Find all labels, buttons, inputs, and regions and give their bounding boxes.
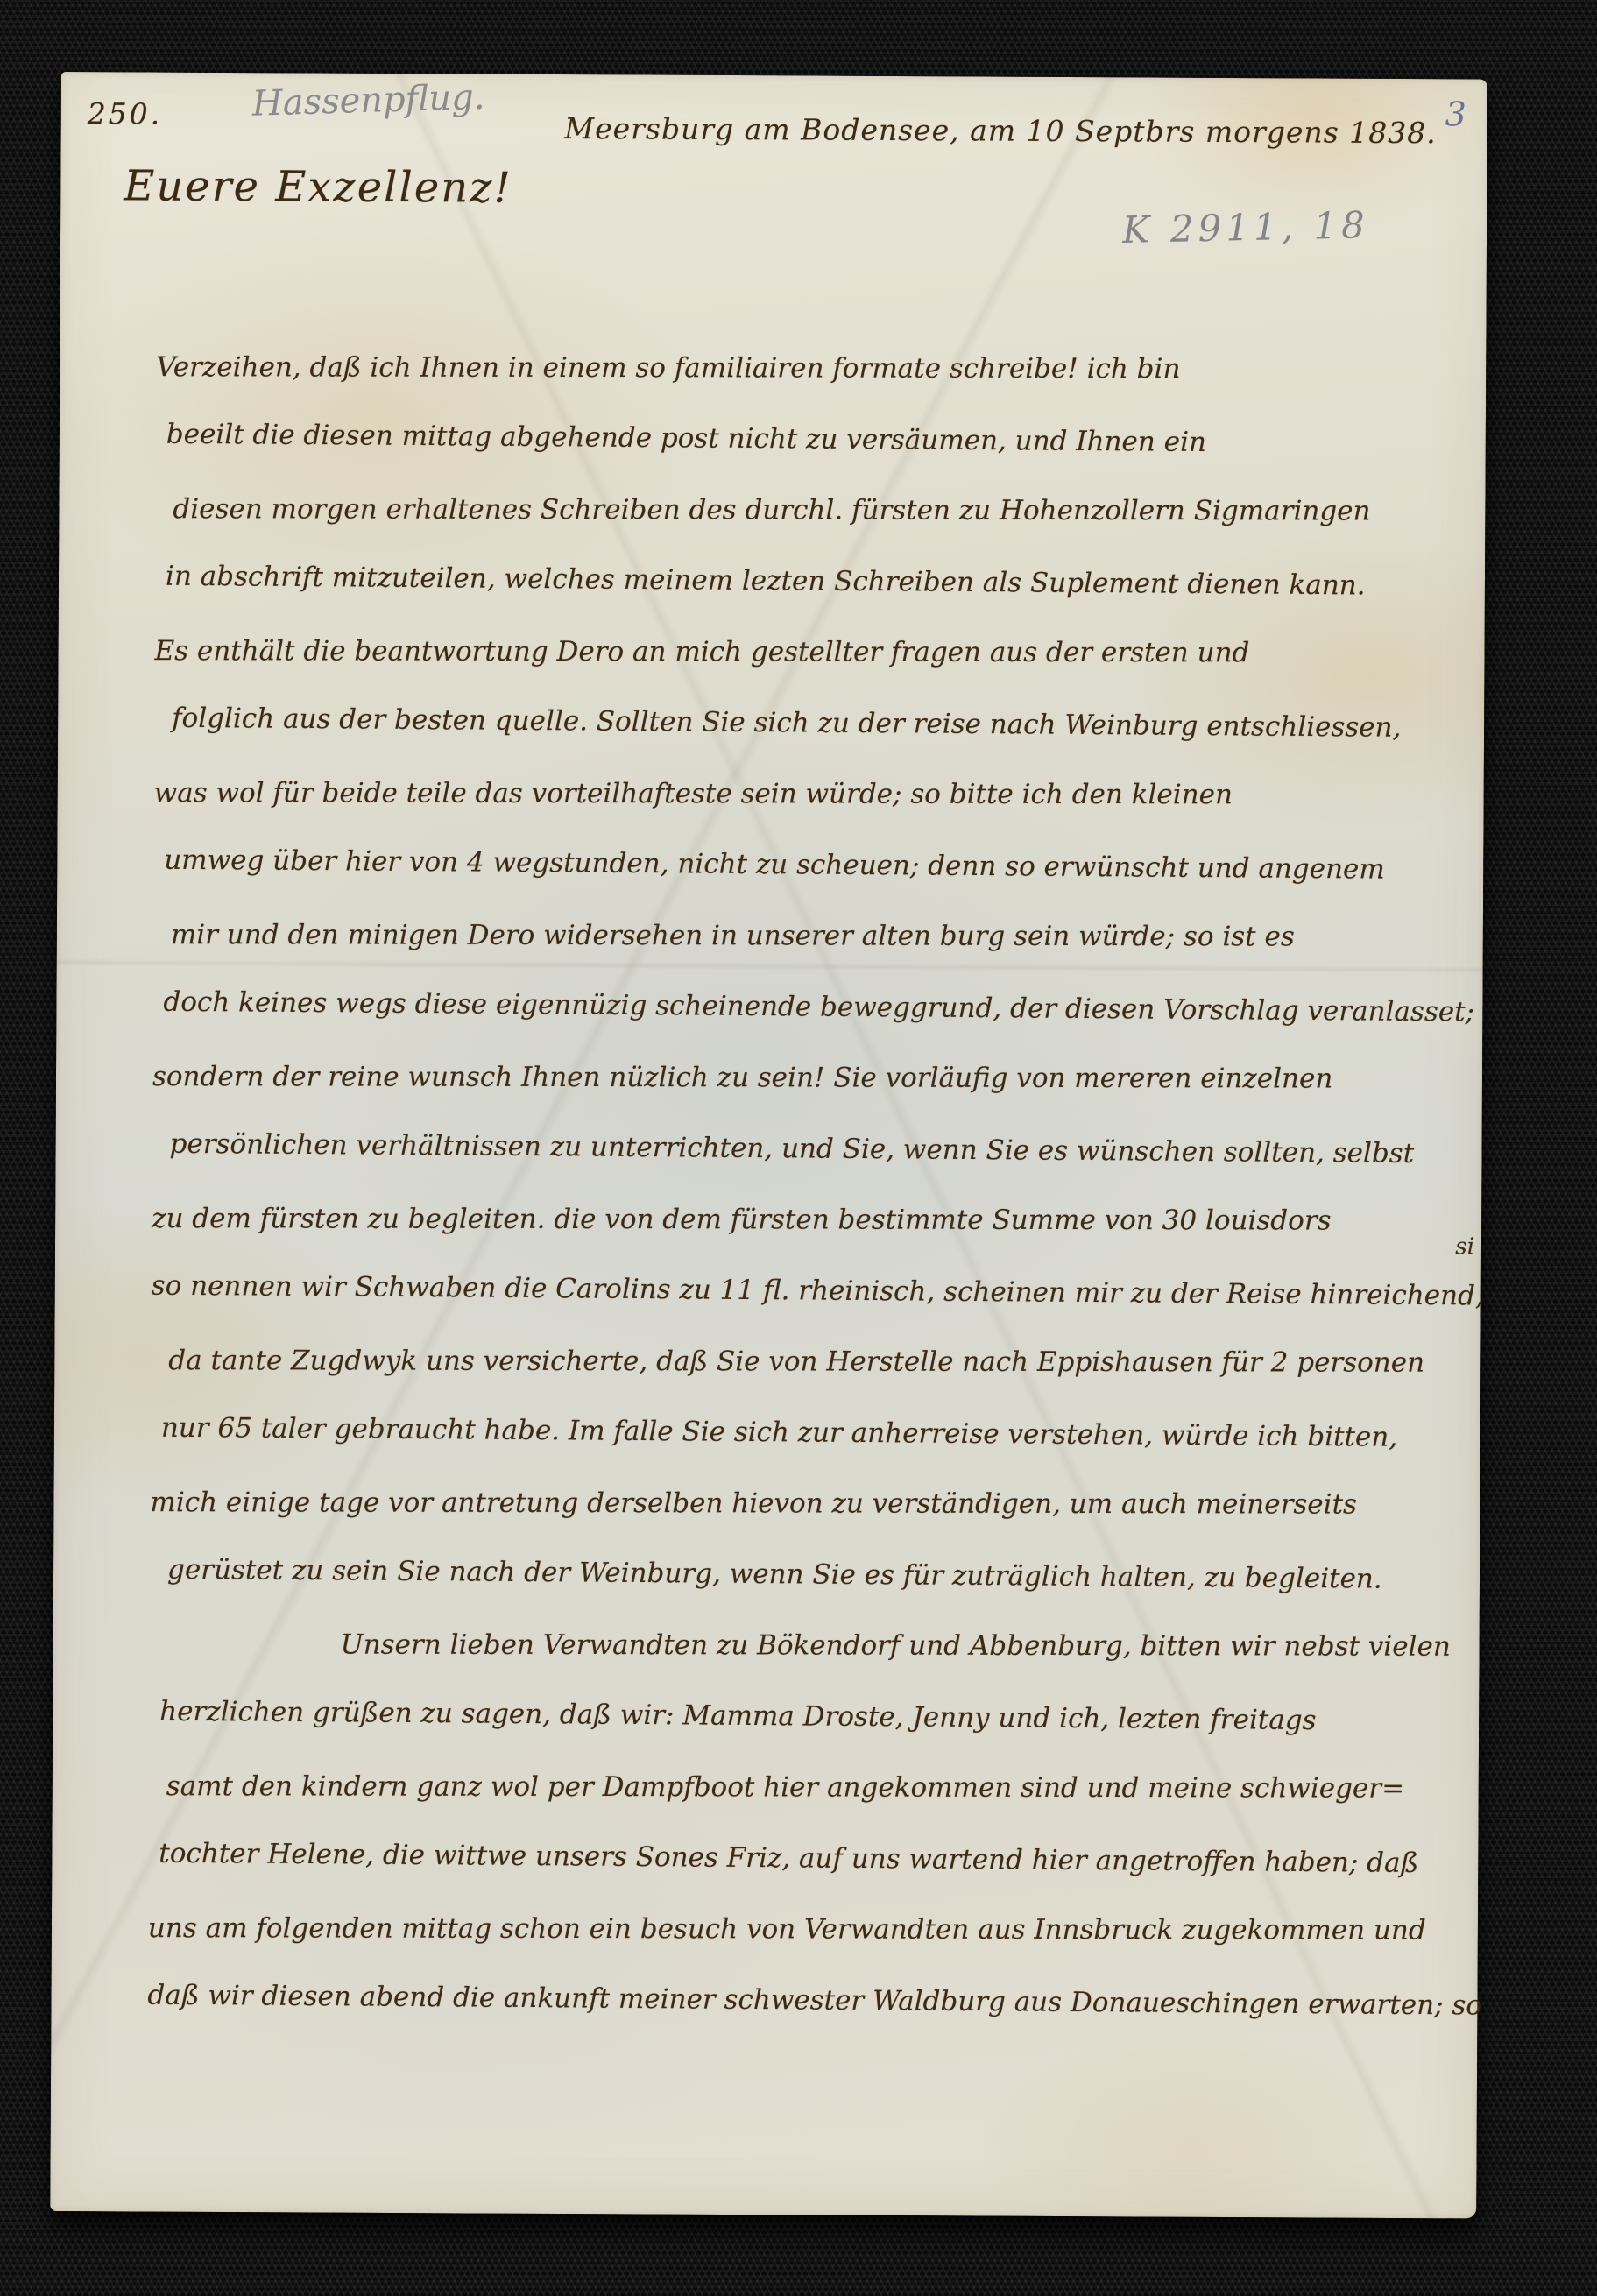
handwritten-line: herzlichen grüßen zu sagen, daß wir: Mam… xyxy=(149,1677,1453,1758)
handwritten-line: in abschrift mitzuteilen, welches meinem… xyxy=(155,541,1459,623)
handwritten-line: beeilt die diesen mittag abgehende post … xyxy=(156,399,1460,481)
handwritten-line: doch keines wegs diese eigennüzig schein… xyxy=(152,967,1457,1049)
handwritten-line: umweg über hier von 4 wegstunden, nicht … xyxy=(153,825,1458,907)
handwritten-line: daß wir diesen abend die ankunft meiner … xyxy=(147,1960,1452,2042)
handwritten-line: tochter Helene, die wittwe unsers Sones … xyxy=(148,1819,1452,1900)
handwritten-line: da tante Zugdwyk uns versicherte, daß Si… xyxy=(151,1325,1454,1399)
handwritten-line: zu dem fürsten zu begleiten. die von dem… xyxy=(152,1183,1455,1257)
handwritten-line: was wol für beide teile das vorteilhafte… xyxy=(154,758,1458,831)
margin-note: si xyxy=(1455,1233,1474,1260)
letter-page: 250. Hassenpflug. Meersburg am Bodensee,… xyxy=(50,72,1487,2218)
handwritten-line: mich einige tage vor antretung derselben… xyxy=(150,1467,1453,1541)
dateline: Meersburg am Bodensee, am 10 Septbrs mor… xyxy=(564,111,1437,150)
pencil-catalog-number: K 2911, 18 xyxy=(1122,203,1370,251)
handwritten-line: Unsern lieben Verwandten zu Bökendorf un… xyxy=(150,1609,1453,1683)
handwritten-line: gerüstet zu sein Sie nach der Weinburg, … xyxy=(150,1535,1454,1616)
folio-number: 250. xyxy=(88,96,163,131)
page-number: 3 xyxy=(1445,95,1466,133)
handwritten-line: persönlichen verhältnissen zu unterricht… xyxy=(152,1109,1456,1190)
handwritten-line: so nennen wir Schwaben die Carolins zu 1… xyxy=(151,1251,1455,1332)
letter-body: Verzeihen, daß ich Ihnen in einem so fam… xyxy=(147,330,1459,2040)
handwritten-line: folglich aus der besten quelle. Sollten … xyxy=(154,683,1459,765)
handwritten-line: Verzeihen, daß ich Ihnen in einem so fam… xyxy=(156,332,1459,406)
pencil-annotation-name: Hassenpflug. xyxy=(251,77,485,124)
handwritten-line: nur 65 taler gebraucht habe. Im falle Si… xyxy=(151,1393,1455,1474)
handwritten-line: diesen morgen erhaltenes Schreiben des d… xyxy=(155,474,1459,548)
handwritten-line: samt den kindern ganz wol per Dampfboot … xyxy=(149,1751,1452,1825)
handwritten-line: sondern der reine wunsch Ihnen nüzlich z… xyxy=(152,1042,1456,1115)
handwritten-line: Es enthält die beantwortung Dero an mich… xyxy=(154,616,1458,689)
handwritten-line: mir und den minigen Dero widersehen in u… xyxy=(153,900,1457,973)
handwritten-line: uns am folgenden mittag schon ein besuch… xyxy=(148,1893,1452,1967)
photograph-background: { "archival": { "folio_number": "250.", … xyxy=(0,0,1597,2296)
salutation: Euere Exzellenz! xyxy=(124,161,512,212)
